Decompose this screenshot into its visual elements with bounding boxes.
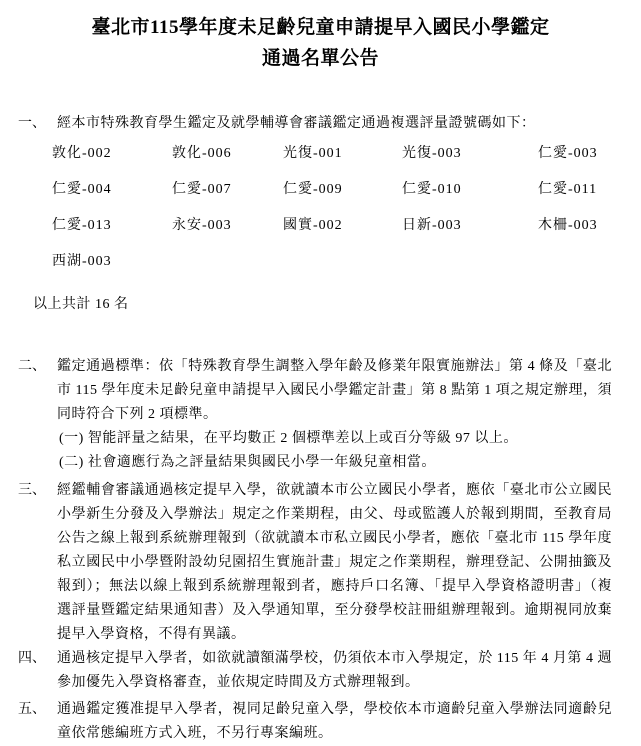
pass-code: 西湖-003 bbox=[52, 244, 172, 280]
pass-code: 仁愛-007 bbox=[172, 172, 283, 208]
section-5-number: 五、 bbox=[18, 698, 46, 722]
section-3-text: 經鑑輔會審議通過核定提早入學，欲就讀本市公立國民小學者，應依「臺北市公立國民小學… bbox=[57, 479, 612, 647]
section-1-number: 一、 bbox=[18, 112, 46, 136]
pass-code-grid: 敦化-002 敦化-006 光復-001 光復-003 仁愛-003 仁愛-00… bbox=[52, 136, 612, 280]
pass-code: 日新-003 bbox=[402, 208, 538, 244]
total-count-line: 以上共計 16 名 bbox=[33, 293, 641, 317]
section-4: 四、 通過核定提早入學者，如欲就讀額滿學校，仍須依本市入學規定，於 115 年 … bbox=[0, 647, 641, 695]
pass-code: 仁愛-010 bbox=[402, 172, 538, 208]
pass-code: 木柵-003 bbox=[538, 208, 612, 244]
pass-code: 仁愛-009 bbox=[283, 172, 402, 208]
pass-code: 仁愛-013 bbox=[52, 208, 172, 244]
section-3-number: 三、 bbox=[18, 479, 46, 503]
pass-code: 敦化-002 bbox=[52, 136, 172, 172]
document-title: 臺北市115學年度未足齡兒童申請提早入國民小學鑑定 通過名單公告 bbox=[0, 0, 641, 74]
section-2-subitem-2: (二) 社會適應行為之評量結果與國民小學一年級兒童相當。 bbox=[57, 451, 612, 475]
section-4-text: 通過核定提早入學者，如欲就讀額滿學校，仍須依本市入學規定，於 115 年 4 月… bbox=[57, 647, 612, 695]
pass-code: 國實-002 bbox=[283, 208, 402, 244]
pass-code: 仁愛-003 bbox=[538, 136, 612, 172]
section-1-text: 經本市特殊教育學生鑑定及就學輔導會審議鑑定通過複選評量證號碼如下： bbox=[57, 112, 612, 136]
section-3: 三、 經鑑輔會審議通過核定提早入學，欲就讀本市公立國民小學者，應依「臺北市公立國… bbox=[0, 479, 641, 647]
document-page: 臺北市115學年度未足齡兒童申請提早入國民小學鑑定 通過名單公告 一、 經本市特… bbox=[0, 0, 641, 746]
section-5: 五、 通過鑑定獲准提早入學者，視同足齡兒童入學，學校依本市適齡兒童入學辦法同適齡… bbox=[0, 698, 641, 746]
pass-code: 敦化-006 bbox=[172, 136, 283, 172]
section-2-text: 鑑定通過標準：依「特殊教育學生調整入學年齡及修業年限實施辦法」第 4 條及「臺北… bbox=[57, 355, 612, 427]
section-4-number: 四、 bbox=[18, 647, 46, 671]
section-2-subitem-1: (一) 智能評量之結果，在平均數正 2 個標準差以上或百分等級 97 以上。 bbox=[57, 427, 612, 451]
section-1: 一、 經本市特殊教育學生鑑定及就學輔導會審議鑑定通過複選評量證號碼如下： bbox=[0, 112, 641, 136]
title-line-1: 臺北市115學年度未足齡兒童申請提早入國民小學鑑定 bbox=[0, 12, 641, 43]
title-line-2: 通過名單公告 bbox=[0, 43, 641, 74]
pass-code: 光復-003 bbox=[402, 136, 538, 172]
pass-code: 仁愛-011 bbox=[538, 172, 612, 208]
section-2-number: 二、 bbox=[18, 355, 46, 379]
pass-code: 光復-001 bbox=[283, 136, 402, 172]
section-2: 二、 鑑定通過標準：依「特殊教育學生調整入學年齡及修業年限實施辦法」第 4 條及… bbox=[0, 355, 641, 475]
pass-code: 永安-003 bbox=[172, 208, 283, 244]
section-5-text: 通過鑑定獲准提早入學者，視同足齡兒童入學，學校依本市適齡兒童入學辦法同適齡兒童依… bbox=[57, 698, 612, 746]
pass-code: 仁愛-004 bbox=[52, 172, 172, 208]
